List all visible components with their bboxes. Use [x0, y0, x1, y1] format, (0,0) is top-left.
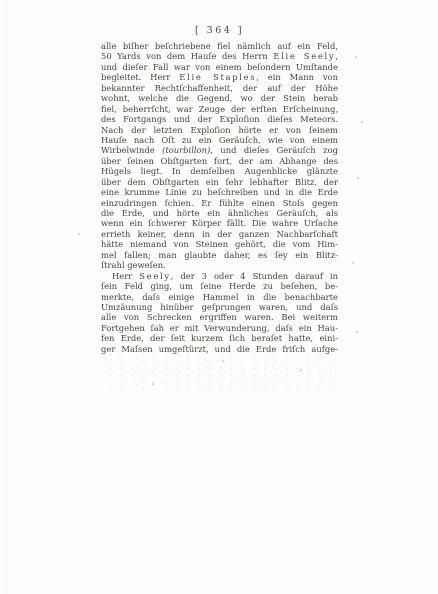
text-segment: , [335, 51, 338, 61]
text-segment: begleitet. Herr [101, 72, 179, 82]
text-segment: , und dieſes Geräuſch zog [210, 145, 338, 155]
text-line: Hauſe nach Oſt zu ein Geräuſch, wie von … [101, 135, 338, 145]
text-segment: über ſeinen Obſtgarten fort, der am Abha… [101, 156, 338, 166]
text-line: über dem Obſtgarten ein ſehr lebhafter B… [101, 177, 338, 187]
paper-speck [357, 177, 359, 179]
text-line: Wirbelwinde (tourbillon), und dieſes Ger… [101, 145, 338, 155]
text-segment: Wirbelwinde [101, 145, 162, 155]
spaced-text-segment: Elie Seely [273, 51, 335, 61]
text-line: wohnt, welche die Gegend, wo der Stein h… [101, 93, 338, 103]
paper-speck [352, 262, 354, 264]
text-block: alle biſher beſchriebene fiel nämlich au… [101, 41, 338, 354]
text-line: errieth keiner, denn in der ganzen Nachb… [101, 229, 338, 239]
spaced-text-segment: Seely [139, 271, 171, 281]
text-segment: merkte, daſs einige Hammel in die benach… [101, 292, 338, 302]
noise-band [108, 352, 340, 392]
text-line: merkte, daſs einige Hammel in die benach… [101, 292, 338, 302]
text-line: einzudringen ſchien. Er fühlte einen Sto… [101, 198, 338, 208]
text-segment: errieth keiner, denn in der ganzen Nachb… [101, 229, 338, 239]
text-segment: hätte niemand von Steinen gehört, die vo… [101, 239, 338, 249]
text-line: über ſeinen Obſtgarten fort, der am Abha… [101, 156, 338, 166]
text-segment: Herr [112, 271, 139, 281]
text-segment: über dem Obſtgarten ein ſehr lebhafter B… [101, 177, 338, 187]
text-segment: alle biſher beſchriebene fiel nämlich au… [101, 41, 338, 51]
text-line: Nach der letzten Exploſion hörte er von … [101, 125, 338, 135]
text-segment: 50 Yards von dem Hauſe des Herrn [101, 51, 273, 61]
paper-speck [300, 369, 302, 371]
text-segment: einzudringen ſchien. Er fühlte einen Sto… [101, 198, 338, 208]
text-line: hätte niemand von Steinen gehört, die vo… [101, 239, 338, 249]
text-line: und dieſer Fall war von einem beſondern … [101, 62, 338, 72]
text-segment: Hauſe nach Oſt zu ein Geräuſch, wie von … [101, 135, 338, 145]
text-line: fen Erde, der ſeit kurzem ſich beraſet h… [101, 333, 338, 343]
text-line: begleitet. Herr Elie Staples, ein Mann v… [101, 72, 338, 82]
text-line: 50 Yards von dem Hauſe des Herrn Elie Se… [101, 51, 338, 61]
text-line: die Erde, und hörte ein ähnliches Geräuſ… [101, 208, 338, 218]
text-segment: ſtrahl geweſen. [101, 260, 166, 270]
text-line: Herr Seely, der 3 oder 4 Stunden darauf … [101, 271, 338, 281]
spaced-text-segment: Elie Staples [179, 72, 256, 82]
text-line: fiel, beherrſcht, war Zeuge der erſten E… [101, 104, 338, 114]
text-line: Hügels liegt. In demſelben Augenblicke g… [101, 166, 338, 176]
italic-text-segment: (tourbillon) [162, 145, 210, 155]
text-segment: Fortgehen ſah er mit Verwunderung, daſs … [101, 323, 338, 333]
paper-speck [361, 121, 363, 123]
text-segment: fen Erde, der ſeit kurzem ſich beraſet h… [101, 333, 338, 343]
text-segment: die Erde, und hörte ein ähnliches Geräuſ… [101, 208, 338, 218]
text-segment: fiel, beherrſcht, war Zeuge der erſten E… [101, 104, 338, 114]
paper-speck [78, 233, 80, 235]
text-line: eine krumme Linie zu beſchreiben und in … [101, 187, 338, 197]
text-segment: des Fortgangs und der Exploſion dieſes M… [101, 114, 338, 124]
paper-speck [222, 360, 224, 362]
left-edge-line [6, 0, 7, 594]
text-segment: , der 3 oder 4 Stunden darauf in [171, 271, 338, 281]
text-segment: Hügels liegt. In demſelben Augenblicke g… [101, 166, 338, 176]
text-segment: eine krumme Linie zu beſchreiben und in … [101, 187, 338, 197]
paper-speck [356, 331, 358, 333]
text-segment: , ein Mann von [256, 72, 338, 82]
text-segment: Nach der letzten Exploſion hörte er von … [101, 125, 338, 135]
text-segment: alle von Schrecken ergriffen waren. Bei … [101, 312, 338, 322]
text-line: Umzäunung hinüber geſprungen waren, und … [101, 302, 338, 312]
text-segment: und dieſer Fall war von einem beſondern … [101, 62, 338, 72]
page-number: [ 364 ] [195, 25, 244, 36]
text-line: ſein Feld ging, um ſeine Herde zu beſehe… [101, 281, 338, 291]
text-line: wenn ein ſchwerer Körper fällt. Die wahr… [101, 218, 338, 228]
text-line: alle biſher beſchriebene fiel nämlich au… [101, 41, 338, 51]
text-segment: mel fallen; man glaubte daher, es ſey ei… [101, 250, 338, 260]
text-line: alle von Schrecken ergriffen waren. Bei … [101, 312, 338, 322]
text-segment: Umzäunung hinüber geſprungen waren, und … [101, 302, 338, 312]
page: [ 364 ] alle biſher beſchriebene fiel nä… [0, 0, 438, 594]
text-line: Fortgehen ſah er mit Verwunderung, daſs … [101, 323, 338, 333]
text-segment: bekannter Rechtſchaffenheit, der auf der… [101, 83, 338, 93]
page-header: [ 364 ] [101, 25, 338, 36]
text-line: des Fortgangs und der Exploſion dieſes M… [101, 114, 338, 124]
text-segment: ſein Feld ging, um ſeine Herde zu beſehe… [101, 281, 338, 291]
text-segment: wohnt, welche die Gegend, wo der Stein h… [101, 93, 338, 103]
text-segment: wenn ein ſchwerer Körper fällt. Die wahr… [101, 218, 338, 228]
text-line: mel fallen; man glaubte daher, es ſey ei… [101, 250, 338, 260]
paper-speck [355, 56, 357, 58]
paper-speck [152, 383, 154, 385]
text-line: ſtrahl geweſen. [101, 260, 338, 270]
text-line: bekannter Rechtſchaffenheit, der auf der… [101, 83, 338, 93]
